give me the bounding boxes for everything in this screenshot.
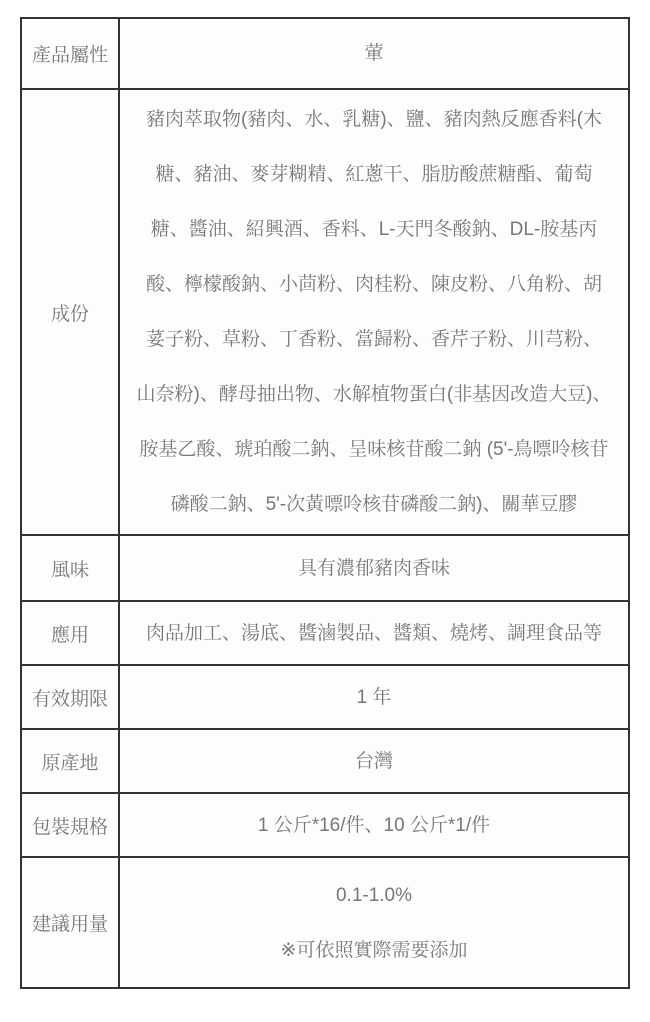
value-text: 台灣 <box>124 734 624 789</box>
value-text: 1 公斤*16/件、10 公斤*1/件 <box>124 798 624 853</box>
row-label-origin: 原產地 <box>21 729 119 793</box>
dosage-range-text: 0.1-1.0% <box>124 868 624 923</box>
row-shelf-life: 有效期限 1 年 <box>21 665 629 729</box>
ingredients-line: 糖、醬油、紹興酒、香料、L-天門冬酸鈉、DL-胺基丙 <box>124 202 624 257</box>
row-flavor: 風味 具有濃郁豬肉香味 <box>21 535 629 601</box>
ingredients-line: 胺基乙酸、琥珀酸二鈉、呈味核苷酸二鈉 (5'-鳥嘌呤核苷 <box>124 422 624 477</box>
ingredients-line: 糖、豬油、麥芽糊精、紅蔥干、脂肪酸蔗糖酯、葡萄 <box>124 147 624 202</box>
row-value-ingredients: 豬肉萃取物(豬肉、水、乳糖)、鹽、豬肉熱反應香料(木 糖、豬油、麥芽糊精、紅蔥干… <box>119 89 629 535</box>
ingredients-line: 磷酸二鈉、5'-次黃嘌呤核苷磷酸二鈉)、關華豆膠 <box>124 477 624 532</box>
ingredients-line: 荽子粉、草粉、丁香粉、當歸粉、香芹子粉、川芎粉、 <box>124 312 624 367</box>
row-value-shelf-life: 1 年 <box>119 665 629 729</box>
ingredients-line: 山奈粉)、酵母抽出物、水解植物蛋白(非基因改造大豆)、 <box>124 367 624 422</box>
product-spec-table: 產品屬性 葷 成份 豬肉萃取物(豬肉、水、乳糖)、鹽、豬肉熱反應香料(木 糖、豬… <box>20 17 630 989</box>
row-label-shelf-life: 有效期限 <box>21 665 119 729</box>
value-text: 具有濃郁豬肉香味 <box>124 541 624 596</box>
dosage-note-text: ※可依照實際需要添加 <box>124 923 624 978</box>
row-value-product-attribute: 葷 <box>119 18 629 89</box>
value-text: 1 年 <box>124 670 624 725</box>
row-label-ingredients: 成份 <box>21 89 119 535</box>
value-text: 肉品加工、湯底、醬滷製品、醬類、燒烤、調理食品等 <box>124 606 624 661</box>
row-ingredients: 成份 豬肉萃取物(豬肉、水、乳糖)、鹽、豬肉熱反應香料(木 糖、豬油、麥芽糊精、… <box>21 89 629 535</box>
value-text: 葷 <box>124 26 624 81</box>
row-value-origin: 台灣 <box>119 729 629 793</box>
row-product-attribute: 產品屬性 葷 <box>21 18 629 89</box>
product-spec-section: 產品屬性 葷 成份 豬肉萃取物(豬肉、水、乳糖)、鹽、豬肉熱反應香料(木 糖、豬… <box>20 17 630 989</box>
row-packaging: 包裝規格 1 公斤*16/件、10 公斤*1/件 <box>21 793 629 857</box>
row-value-packaging: 1 公斤*16/件、10 公斤*1/件 <box>119 793 629 857</box>
row-label-product-attribute: 產品屬性 <box>21 18 119 89</box>
ingredients-line: 酸、檸檬酸鈉、小茴粉、肉桂粉、陳皮粉、八角粉、胡 <box>124 257 624 312</box>
row-value-application: 肉品加工、湯底、醬滷製品、醬類、燒烤、調理食品等 <box>119 601 629 665</box>
row-label-flavor: 風味 <box>21 535 119 601</box>
row-origin: 原產地 台灣 <box>21 729 629 793</box>
row-application: 應用 肉品加工、湯底、醬滷製品、醬類、燒烤、調理食品等 <box>21 601 629 665</box>
row-dosage: 建議用量 0.1-1.0% ※可依照實際需要添加 <box>21 857 629 988</box>
row-label-application: 應用 <box>21 601 119 665</box>
row-label-packaging: 包裝規格 <box>21 793 119 857</box>
row-label-dosage: 建議用量 <box>21 857 119 988</box>
row-value-dosage: 0.1-1.0% ※可依照實際需要添加 <box>119 857 629 988</box>
row-value-flavor: 具有濃郁豬肉香味 <box>119 535 629 601</box>
ingredients-line: 豬肉萃取物(豬肉、水、乳糖)、鹽、豬肉熱反應香料(木 <box>124 92 624 147</box>
